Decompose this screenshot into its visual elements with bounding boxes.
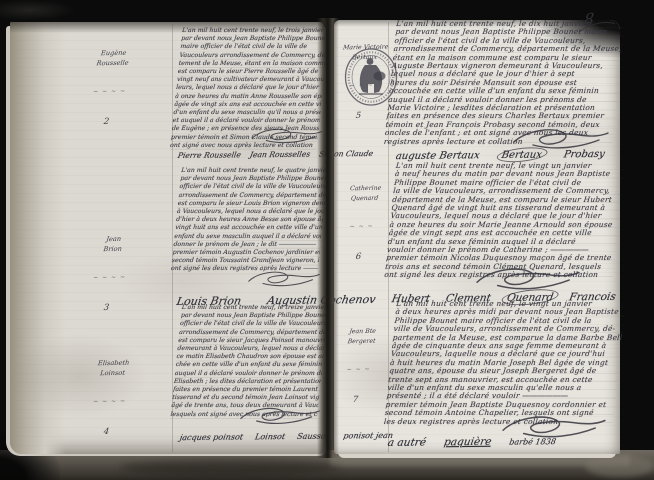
official-round-stamp-icon — [343, 46, 399, 112]
signature-row: a autré paquière barbé 1838 — [387, 435, 557, 449]
margin-note-act-2: Eugène Rousselle ~ ~ ~ ~ 2 — [58, 29, 162, 147]
signature: Probasy — [563, 149, 606, 160]
margin-squiggle: ~ ~ ~ ~ — [63, 86, 156, 97]
deckle-edge — [10, 22, 66, 454]
signature: auguste Bertaux — [395, 150, 481, 162]
margin-squiggle: ~ ~ ~ ~ — [63, 272, 156, 283]
table-shadow — [120, 460, 340, 476]
signature-flourish — [250, 126, 324, 150]
signature: jacques poinsot — [179, 432, 244, 442]
signature-row: auguste Bertaux Bertaux Probasy — [395, 149, 606, 162]
margin-name: Elisabeth Loinsot — [66, 358, 160, 379]
act-number: 4 — [60, 427, 153, 438]
center-gutter-shadow — [317, 18, 339, 458]
margin-squiggle: ~ ~ ~ — [333, 222, 390, 232]
signature: Bertaux — [501, 150, 543, 161]
margin-name: Jean Brion — [66, 234, 160, 255]
margin-squiggle: ~ ~ ~ ~ — [63, 396, 156, 407]
act-number: 3 — [60, 303, 153, 314]
margin-name: Eugène Rousselle — [66, 48, 160, 69]
signature: barbé 1838 — [509, 437, 557, 446]
page-number: 8 — [583, 9, 594, 30]
act-body-text: L'an mil huit cent trente neuf, le treiz… — [170, 304, 329, 420]
signature: Jean Rousselles — [249, 150, 311, 160]
signature: Loinsot — [254, 432, 286, 441]
margin-note-act-4: Elisabeth Loinsot ~ ~ ~ ~ 4 — [58, 339, 162, 457]
signature: ponisot jean — [343, 431, 394, 441]
margin-note-act-3: Jean Brion ~ ~ ~ ~ 3 — [58, 215, 162, 333]
act-body-text: L'an mil huit cent trente neuf, le vingt… — [384, 162, 626, 281]
margin-name: Catherine Quenard — [336, 184, 394, 204]
act-body-text: L'an mil huit cent trente neuf, le vingt… — [383, 300, 625, 427]
book-corner-highlight — [585, 455, 654, 477]
scanned-register-spread: 8 Eugène Rousselle ~ ~ ~ ~ 2 L'an mil hu… — [0, 0, 654, 480]
act-body-text: L'an mil huit cent trente neuf, le quatr… — [170, 167, 328, 274]
margin-name: Jean Bte Bergeret — [333, 327, 391, 347]
signature: a autré — [387, 436, 427, 448]
signature: paquière — [443, 436, 493, 448]
signature: Pierre Rousselle — [177, 150, 242, 160]
signature-flourish — [234, 406, 326, 430]
signature-flourish — [246, 270, 322, 292]
act-number: 2 — [60, 117, 153, 128]
